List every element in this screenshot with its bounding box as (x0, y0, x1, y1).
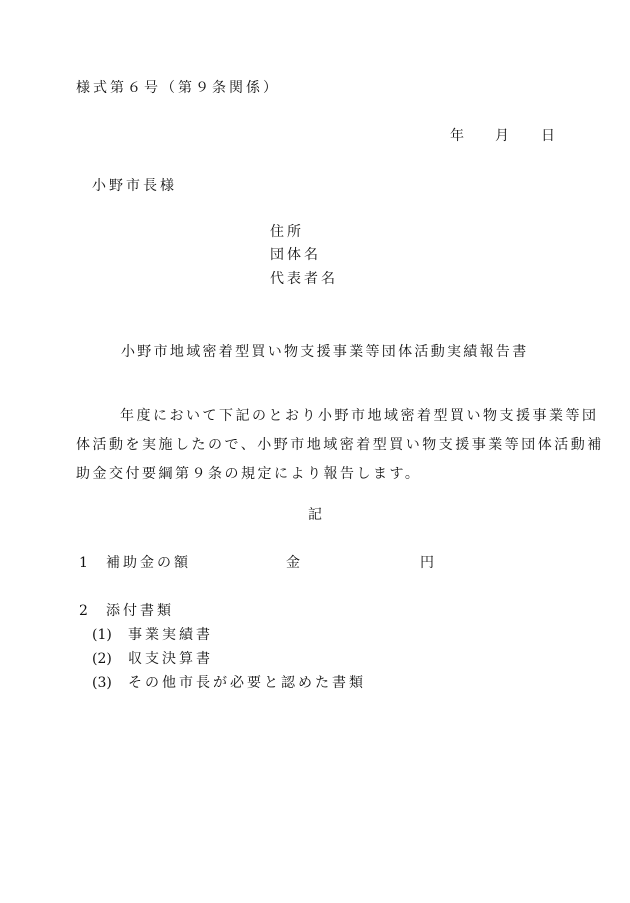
sub3-label: その他市長が必要と認めた書類 (128, 676, 366, 690)
ki-heading: 記 (308, 508, 322, 522)
body-line-1: 年度において下記のとおり小野市地域密着型買い物支援事業等団 (76, 402, 556, 431)
item1-kin: 金 (286, 556, 300, 570)
date-year: 年 (450, 129, 464, 143)
sub1-label: 事業実績書 (128, 628, 213, 642)
document-title: 小野市地域密着型買い物支援事業等団体活動実績報告書 (121, 345, 529, 359)
sub1-number: (1) (92, 628, 112, 642)
item2-number: 2 (79, 604, 88, 618)
org-name-label: 団体名 (270, 248, 321, 262)
item1-yen: 円 (420, 556, 434, 570)
date-month: 月 (495, 129, 509, 143)
item1-number: 1 (79, 556, 88, 570)
body-paragraph: 年度において下記のとおり小野市地域密着型買い物支援事業等団 体活動を実施したので… (76, 402, 556, 489)
date-day: 日 (541, 129, 555, 143)
address-label: 住所 (270, 225, 304, 239)
representative-label: 代表者名 (270, 272, 338, 286)
sub2-label: 収支決算書 (128, 652, 213, 666)
addressee: 小野市長様 (92, 179, 177, 193)
sub2-number: (2) (92, 652, 112, 666)
body-line-2: 体活動を実施したので、小野市地域密着型買い物支援事業等団体活動補 (76, 431, 556, 460)
item1-label: 補助金の額 (106, 556, 191, 570)
sub3-number: (3) (92, 676, 112, 690)
body-line-3: 助金交付要綱第９条の規定により報告します。 (76, 460, 556, 489)
item2-label: 添付書類 (106, 604, 174, 618)
form-number: 様式第６号（第９条関係） (76, 81, 280, 95)
